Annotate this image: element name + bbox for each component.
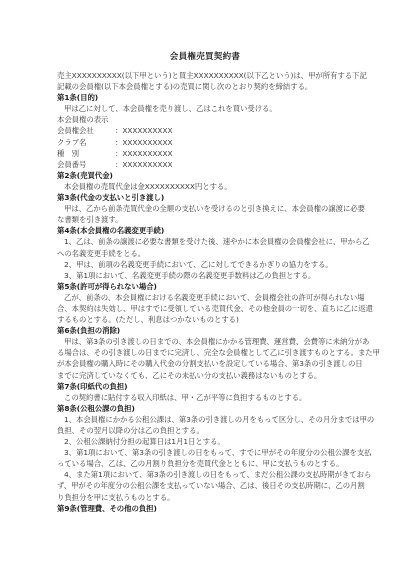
article-heading: 第8条(公租公課の負担) [57,403,357,414]
document-title: 会員権売買契約書 [0,50,410,62]
paragraph-line: 1、乙は、前条の譲渡に必要な書類を受けた後、速やかに本会員権の会員権会社に、甲か… [57,236,357,247]
paragraph-line: するものとする。(ただし、利息はつかないものとする) [57,314,357,325]
paragraph-line: る場合は、その引き渡しの日までに完済し、完全な会員権として乙に引き渡すものとする… [57,347,357,358]
member-info-field: クラブ名：XXXXXXXXXX [57,137,357,148]
paragraph-line: までに完済していなくても、乙にその未払い分の支払い義務はないものとする。 [57,370,357,381]
article-heading: 第4条(本会員権の名義変更手続) [57,225,357,236]
article-heading: 第7条(印紙代の負担) [57,381,357,392]
paragraph-line: 合、本契約は失効し、甲はすでに受領している売買代金、その他金員の一切を、直ちに乙… [57,303,357,314]
paragraph-line: 3、第1項において、名義変更手続の際の名義変更手数料は乙の負担とする。 [57,270,357,281]
paragraph-line: 甲は、第3条の引き渡しの日までの、本会員権にかかる管理費、運営費、会費等に未納分… [57,336,357,347]
field-value: ：XXXXXXXXXX [115,125,172,136]
article-heading: 第1条(目的) [57,92,357,103]
member-info-field: 種 別：XXXXXXXXXX [57,148,357,159]
article-heading: 第6条(負担の消除) [57,325,357,336]
article-heading: 第5条(許可が得られない場合) [57,281,357,292]
paragraph-line: 3、第1項において、第3条の引き渡しの日をもって、すでに甲がその年度分の公租公課… [57,447,357,458]
paragraph-line: 1、本会員権にかかる公租公課は、第3条の引き渡しの月をもって区分し、その月分まで… [57,414,357,425]
paragraph-line: り負担分を甲に支払うものとする。 [57,492,357,503]
field-label: 会員権会社 [57,125,115,136]
paragraph-line: 2、甲は、前項の名義変更手続において、乙に対してできるかぎりの協力をする。 [57,259,357,270]
document-page: 会員権売買契約書 売主XXXXXXXXXX(以下甲という)と買主XXXXXXXX… [0,0,410,580]
paragraph-line: な書類を引き渡す。 [57,214,357,225]
article-heading: 第3条(代金の支払いと引き渡し) [57,192,357,203]
field-label: 会員番号 [57,159,115,170]
paragraph-line: 甲は、乙から前条売買代金の全額の支払いを受けるのと引き換えに、本会員権の譲渡に必… [57,203,357,214]
paragraph-line: 本会員権の売買代金は金XXXXXXXXXX円とする。 [57,181,357,192]
paragraph-line: 乙が、前条の、本会員権における名義変更手続において、会員権会社の許可が得られない… [57,292,357,303]
paragraph-line: が本会員権の購入時にその購入代金の分割支払いを設定している場合、第3条の引き渡し… [57,358,357,369]
paragraph-line: 2、公租公課納付分担の起算日は1月1日とする。 [57,436,357,447]
paragraph-line: 甲は乙に対して、本会員権を売り渡し、乙はこれを買い受ける。 [57,103,357,114]
member-info-field: 会員権会社：XXXXXXXXXX [57,125,357,136]
paragraph-line: 4、また第1項において、第3条の引き渡しの日をもって、まだ公租公課の支払時期がき… [57,469,357,480]
paragraph-line: 本会員権の表示 [57,114,357,125]
field-label: 種 別 [57,148,115,159]
paragraph-line: への名義変更手続をとる。 [57,248,357,259]
article-heading: 第9条(管理費、その他の負担) [57,503,357,514]
paragraph-line: 売主XXXXXXXXXX(以下甲という)と買主XXXXXXXXXX(以下乙という… [57,70,357,81]
member-info-field: 会員番号：XXXXXXXXXX [57,159,357,170]
paragraph-line: っている場合、乙は、乙の月割り負担分を売買代金とともに、甲に支払うものとする。 [57,458,357,469]
paragraph-line: 負担、その翌月以降の分は乙の負担とする。 [57,425,357,436]
article-heading: 第2条(売買代金) [57,170,357,181]
paragraph-line: この契約書に貼付する収入印紙は、甲・乙が平等に負担するものとする。 [57,392,357,403]
field-value: ：XXXXXXXXXX [115,137,172,148]
field-value: ：XXXXXXXXXX [115,159,172,170]
field-value: ：XXXXXXXXXX [115,148,172,159]
document-body: 売主XXXXXXXXXX(以下甲という)と買主XXXXXXXXXX(以下乙という… [57,70,357,514]
paragraph-line: 記載の会員権(以下本会員権とする)の売買に関し次のとおり契約を締結する。 [57,81,357,92]
field-label: クラブ名 [57,137,115,148]
paragraph-line: ず、甲がその年度分の公租公課を支払っていない場合、乙は、後日その支払時期に、乙の… [57,480,357,491]
